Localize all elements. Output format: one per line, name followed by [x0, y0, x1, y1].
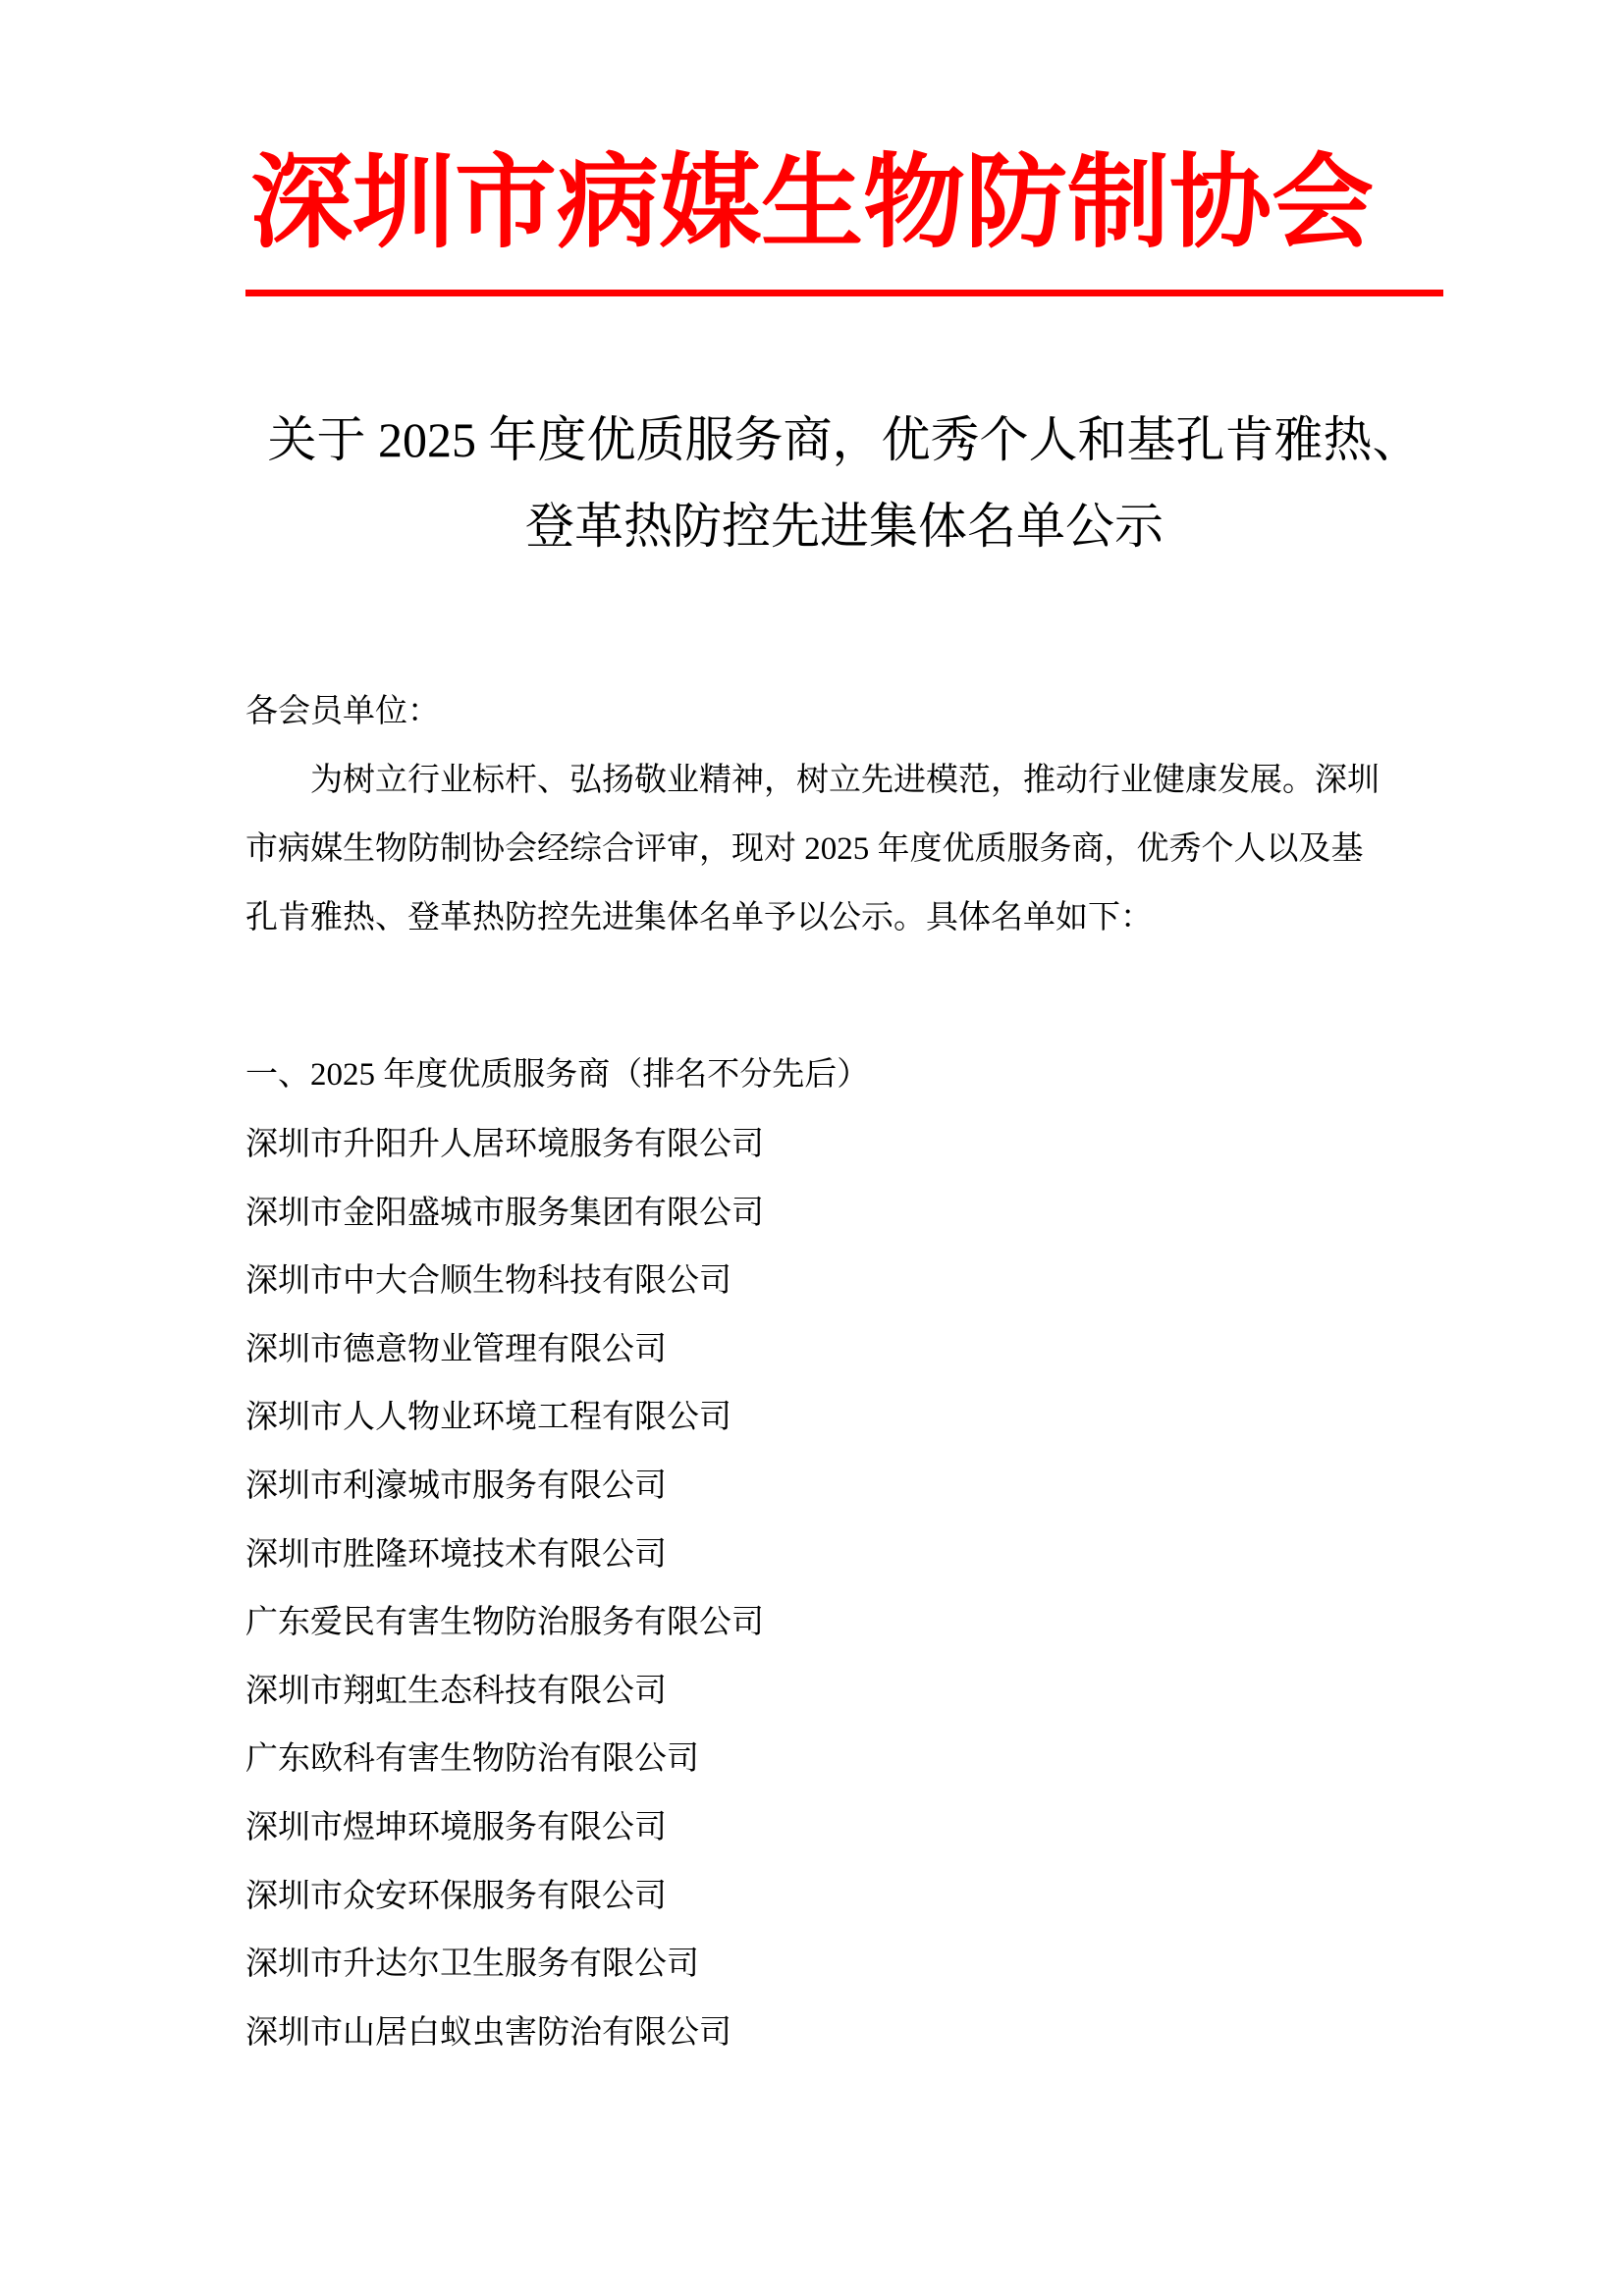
list-item: 深圳市利濠城市服务有限公司	[245, 1453, 1389, 1522]
section-title: 一、2025 年度优质服务商（排名不分先后）	[245, 1040, 1389, 1111]
document-title-line-2: 登革热防控先进集体名单公示	[245, 483, 1443, 569]
list-item: 深圳市煜坤环境服务有限公司	[245, 1794, 1389, 1863]
list-item: 深圳市中大合顺生物科技有限公司	[245, 1248, 1389, 1316]
list-item: 深圳市翔虹生态科技有限公司	[245, 1658, 1389, 1727]
list-item: 深圳市胜隆环境技术有限公司	[245, 1522, 1389, 1590]
document-page: 深圳市病媒生物防制协会 关于 2025 年度优质服务商，优秀个人和基孔肯雅热、 …	[0, 0, 1624, 2296]
list-item: 深圳市德意物业管理有限公司	[245, 1316, 1389, 1385]
list-item: 深圳市金阳盛城市服务集团有限公司	[245, 1180, 1389, 1249]
document-title-line-1: 关于 2025 年度优质服务商，优秀个人和基孔肯雅热、	[245, 397, 1443, 483]
list-item: 深圳市升阳升人居环境服务有限公司	[245, 1111, 1389, 1180]
list-item: 深圳市升达尔卫生服务有限公司	[245, 1931, 1389, 2000]
salutation: 各会员单位：	[245, 677, 1389, 746]
list-item: 深圳市人人物业环境工程有限公司	[245, 1384, 1389, 1453]
list-item: 深圳市山居白蚁虫害防治有限公司	[245, 2000, 1389, 2068]
paragraph-line: 为树立行业标杆、弘扬敬业精神，树立先进模范，推动行业健康发展。深圳	[245, 746, 1389, 815]
section-service-providers: 一、2025 年度优质服务商（排名不分先后） 深圳市升阳升人居环境服务有限公司 …	[245, 1040, 1389, 2067]
document-title: 关于 2025 年度优质服务商，优秀个人和基孔肯雅热、 登革热防控先进集体名单公…	[245, 397, 1443, 569]
paragraph-line: 市病媒生物防制协会经综合评审，现对 2025 年度优质服务商，优秀个人以及基	[245, 815, 1389, 883]
list-item: 深圳市众安环保服务有限公司	[245, 1863, 1389, 1932]
body-text: 各会员单位： 为树立行业标杆、弘扬敬业精神，树立先进模范，推动行业健康发展。深圳…	[245, 677, 1389, 952]
letterhead-divider-rule	[245, 290, 1443, 296]
paragraph-line: 孔肯雅热、登革热防控先进集体名单予以公示。具体名单如下：	[245, 883, 1389, 952]
list-item: 广东爱民有害生物防治服务有限公司	[245, 1589, 1389, 1658]
list-item: 广东欧科有害生物防治有限公司	[245, 1726, 1389, 1794]
letterhead-org-title: 深圳市病媒生物防制协会	[0, 147, 1624, 260]
